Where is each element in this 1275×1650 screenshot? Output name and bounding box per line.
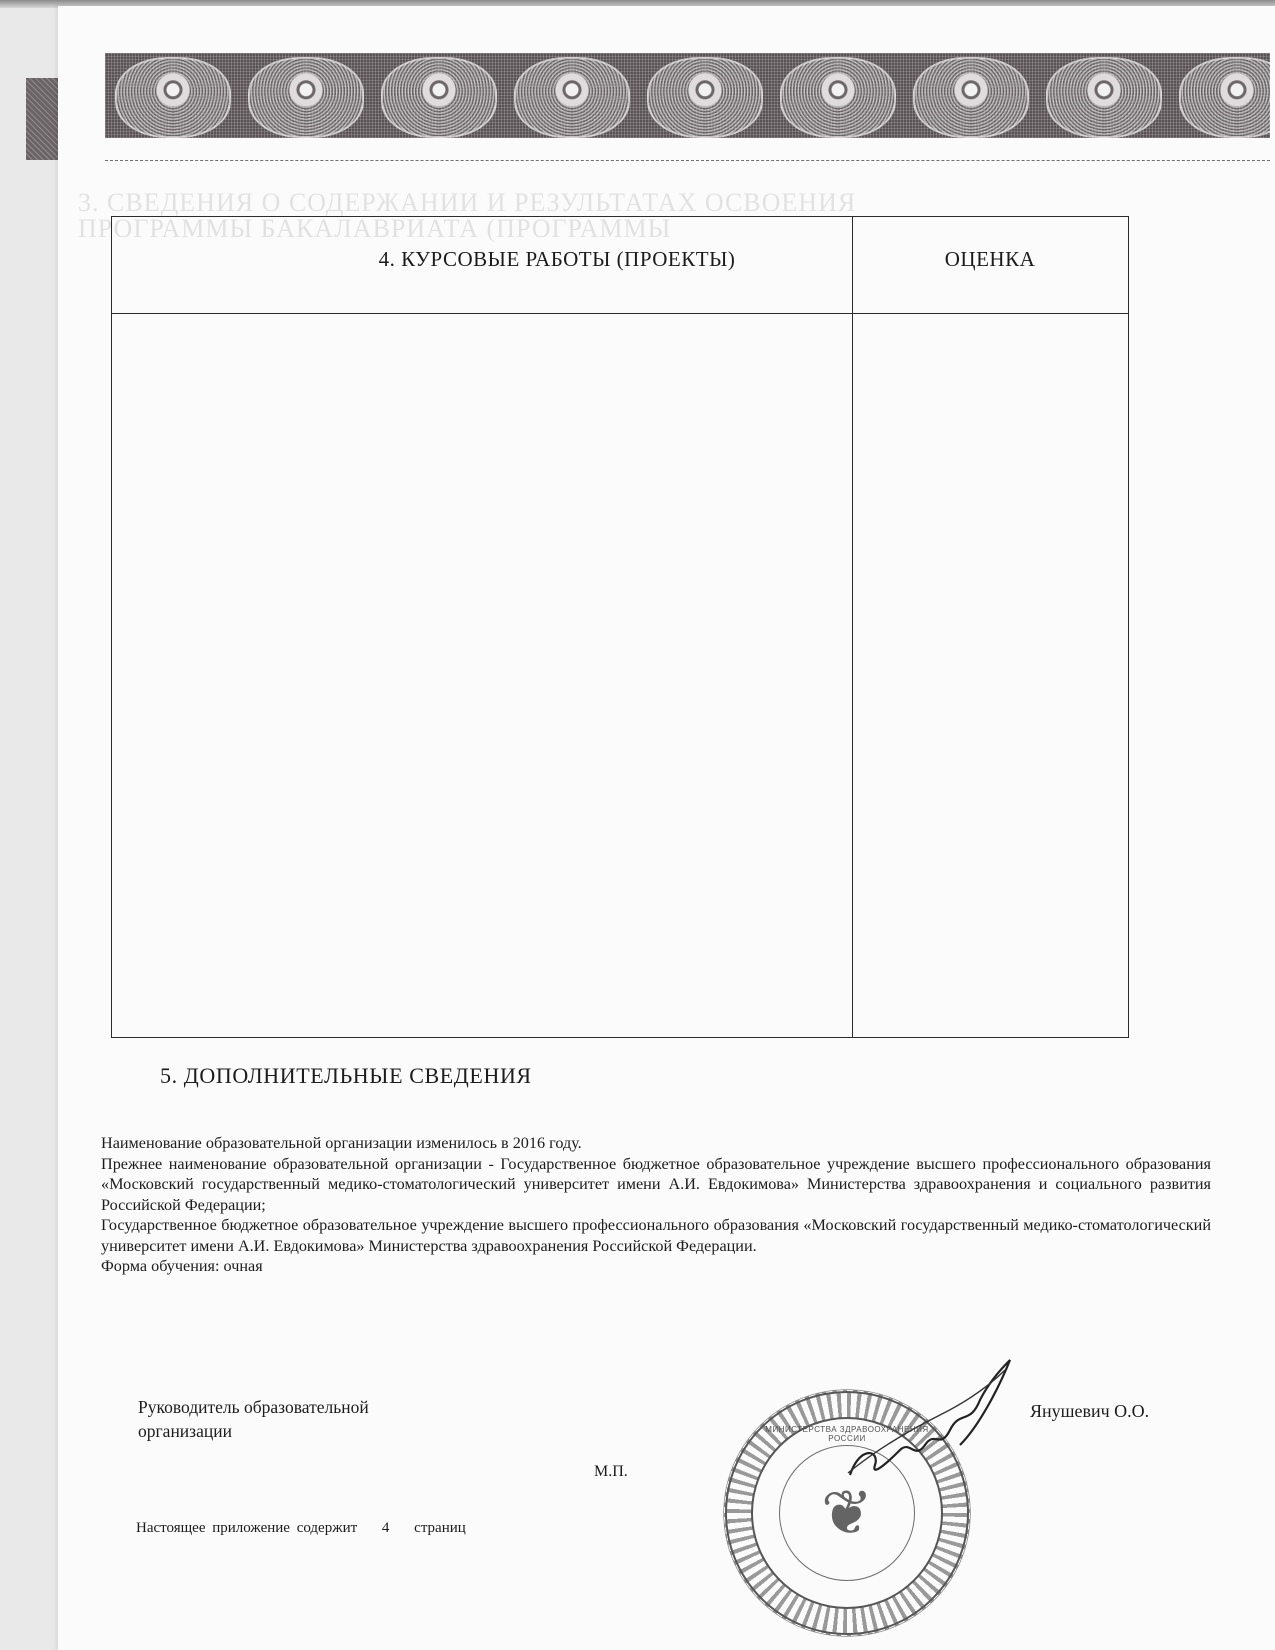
guilloche-header-band xyxy=(105,53,1270,138)
rosette-ornament-icon xyxy=(770,53,903,138)
rosette-ornament-icon xyxy=(105,53,238,138)
rosette-ornament-icon xyxy=(903,53,1036,138)
additional-info-title: 5. ДОПОЛНИТЕЛЬНЫЕ СВЕДЕНИЯ xyxy=(160,1063,532,1089)
rosette-ornament-icon xyxy=(1036,53,1169,138)
rosette-ornament-icon xyxy=(637,53,770,138)
head-of-organization-label: Руководитель образовательной организации xyxy=(138,1395,369,1443)
course-works-table: 4. КУРСОВЫЕ РАБОТЫ (ПРОЕКТЫ) ОЦЕНКА xyxy=(111,216,1129,1038)
rosette-ornament-icon xyxy=(504,53,637,138)
pages-count-note: Настоящее приложение содержит 4 страниц xyxy=(136,1520,466,1537)
pages-count: 4 xyxy=(382,1520,390,1537)
info-paragraph: Наименование образовательной организации… xyxy=(101,1133,1211,1154)
pages-note-suffix: страниц xyxy=(414,1520,466,1536)
course-works-cell-empty xyxy=(112,313,852,1037)
info-paragraph: Прежнее наименование образовательной орг… xyxy=(101,1154,1211,1216)
pages-note-prefix: Настоящее приложение содержит xyxy=(136,1520,357,1536)
info-paragraph: Государственное бюджетное образовательно… xyxy=(101,1215,1211,1256)
additional-info-text: Наименование образовательной организации… xyxy=(101,1133,1211,1277)
rosette-ornament-icon xyxy=(238,53,371,138)
underlying-sheet-edge xyxy=(0,8,61,1650)
signer-name: Янушевич О.О. xyxy=(1030,1401,1149,1422)
grade-cell-empty xyxy=(852,313,1128,1037)
head-label-line: организации xyxy=(138,1419,369,1443)
underlying-sheet-band xyxy=(26,78,58,160)
info-paragraph: Форма обучения: очная xyxy=(101,1256,1211,1277)
header-divider xyxy=(105,160,1270,161)
handwritten-signature-icon xyxy=(840,1355,1020,1485)
course-works-header: 4. КУРСОВЫЕ РАБОТЫ (ПРОЕКТЫ) xyxy=(112,247,852,272)
stamp-place-label: М.П. xyxy=(594,1463,628,1481)
head-label-line: Руководитель образовательной xyxy=(138,1395,369,1419)
grade-header: ОЦЕНКА xyxy=(852,247,1128,272)
rosette-ornament-icon xyxy=(371,53,504,138)
rosette-ornament-icon xyxy=(1169,53,1270,138)
